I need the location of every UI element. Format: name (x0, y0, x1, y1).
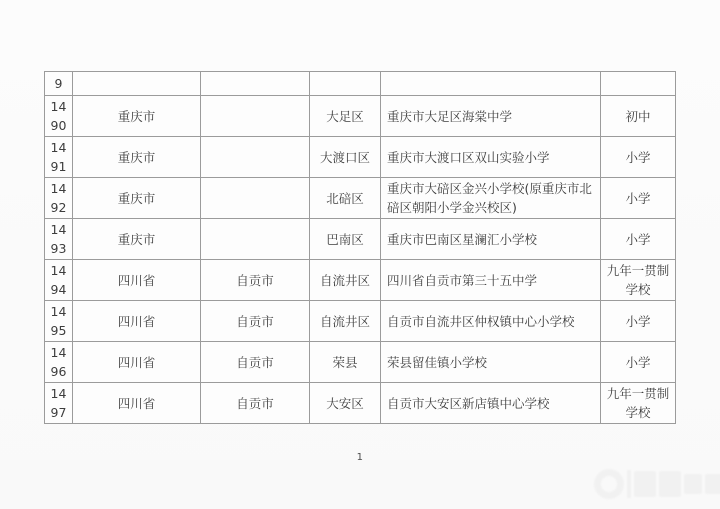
cell-school-name (381, 72, 601, 96)
cell-school-type: 小学 (601, 301, 676, 342)
table-row: 1497 四川省 自贡市 大安区 自贡市大安区新店镇中心学校 九年一贯制学校 (45, 383, 676, 424)
cell-school-type: 小学 (601, 178, 676, 219)
cell-province: 重庆市 (73, 178, 201, 219)
watermark-glyph (634, 471, 656, 497)
cell-district: 自流井区 (310, 301, 381, 342)
cell-province: 重庆市 (73, 219, 201, 260)
cell-province (73, 72, 201, 96)
cell-city: 自贡市 (201, 260, 310, 301)
cell-school-name: 自贡市大安区新店镇中心学校 (381, 383, 601, 424)
cell-province: 四川省 (73, 383, 201, 424)
cell-district: 大渡口区 (310, 137, 381, 178)
cell-district (310, 72, 381, 96)
watermark-divider (627, 470, 631, 498)
cell-school-name: 荣县留佳镇小学校 (381, 342, 601, 383)
cell-city (201, 219, 310, 260)
cell-school-type: 九年一贯制学校 (601, 383, 676, 424)
school-table-body: 9 1490 重庆市 大足区 重庆市大足区海棠中学 初中 1491 重庆市 大渡… (45, 72, 676, 424)
cell-school-type: 九年一贯制学校 (601, 260, 676, 301)
cell-city (201, 178, 310, 219)
cell-serial-number: 1491 (45, 137, 73, 178)
table-row: 1496 四川省 自贡市 荣县 荣县留佳镇小学校 小学 (45, 342, 676, 383)
cell-serial-number: 1492 (45, 178, 73, 219)
cell-province: 四川省 (73, 260, 201, 301)
cell-district: 大安区 (310, 383, 381, 424)
cell-school-name: 重庆市大足区海棠中学 (381, 96, 601, 137)
document-page: 9 1490 重庆市 大足区 重庆市大足区海棠中学 初中 1491 重庆市 大渡… (0, 0, 720, 509)
cell-district: 巴南区 (310, 219, 381, 260)
cell-city (201, 96, 310, 137)
watermark (594, 463, 716, 505)
cell-serial-number: 1493 (45, 219, 73, 260)
table-row: 1494 四川省 自贡市 自流井区 四川省自贡市第三十五中学 九年一贯制学校 (45, 260, 676, 301)
cell-province: 四川省 (73, 301, 201, 342)
cell-district: 荣县 (310, 342, 381, 383)
cell-serial-number: 1495 (45, 301, 73, 342)
table-row: 1495 四川省 自贡市 自流井区 自贡市自流井区仲权镇中心小学校 小学 (45, 301, 676, 342)
cell-school-type: 初中 (601, 96, 676, 137)
watermark-glyph (705, 474, 720, 494)
cell-school-name: 四川省自贡市第三十五中学 (381, 260, 601, 301)
cell-district: 大足区 (310, 96, 381, 137)
cell-city: 自贡市 (201, 383, 310, 424)
cell-province: 重庆市 (73, 137, 201, 178)
cell-school-name: 自贡市自流井区仲权镇中心小学校 (381, 301, 601, 342)
table-row: 9 (45, 72, 676, 96)
table-row: 1492 重庆市 北碚区 重庆市大碚区金兴小学校(原重庆市北碚区朝阳小学金兴校区… (45, 178, 676, 219)
cell-school-name: 重庆市大渡口区双山实验小学 (381, 137, 601, 178)
page-number: 1 (0, 452, 720, 463)
cell-serial-number: 9 (45, 72, 73, 96)
cell-serial-number: 1497 (45, 383, 73, 424)
cell-province: 四川省 (73, 342, 201, 383)
table-row: 1490 重庆市 大足区 重庆市大足区海棠中学 初中 (45, 96, 676, 137)
cell-school-type: 小学 (601, 137, 676, 178)
cell-school-name: 重庆市大碚区金兴小学校(原重庆市北碚区朝阳小学金兴校区) (381, 178, 601, 219)
cell-city (201, 72, 310, 96)
table-row: 1491 重庆市 大渡口区 重庆市大渡口区双山实验小学 小学 (45, 137, 676, 178)
cell-district: 北碚区 (310, 178, 381, 219)
cell-city (201, 137, 310, 178)
cell-province: 重庆市 (73, 96, 201, 137)
cell-school-type: 小学 (601, 219, 676, 260)
watermark-glyph (684, 474, 702, 494)
cell-serial-number: 1490 (45, 96, 73, 137)
cell-serial-number: 1496 (45, 342, 73, 383)
circle-logo-icon (594, 469, 624, 499)
cell-school-type: 小学 (601, 342, 676, 383)
cell-city: 自贡市 (201, 342, 310, 383)
cell-school-type (601, 72, 676, 96)
table-row: 1493 重庆市 巴南区 重庆市巴南区星澜汇小学校 小学 (45, 219, 676, 260)
cell-serial-number: 1494 (45, 260, 73, 301)
cell-district: 自流井区 (310, 260, 381, 301)
school-list-table: 9 1490 重庆市 大足区 重庆市大足区海棠中学 初中 1491 重庆市 大渡… (44, 71, 676, 424)
cell-school-name: 重庆市巴南区星澜汇小学校 (381, 219, 601, 260)
watermark-glyph (659, 471, 681, 497)
cell-city: 自贡市 (201, 301, 310, 342)
